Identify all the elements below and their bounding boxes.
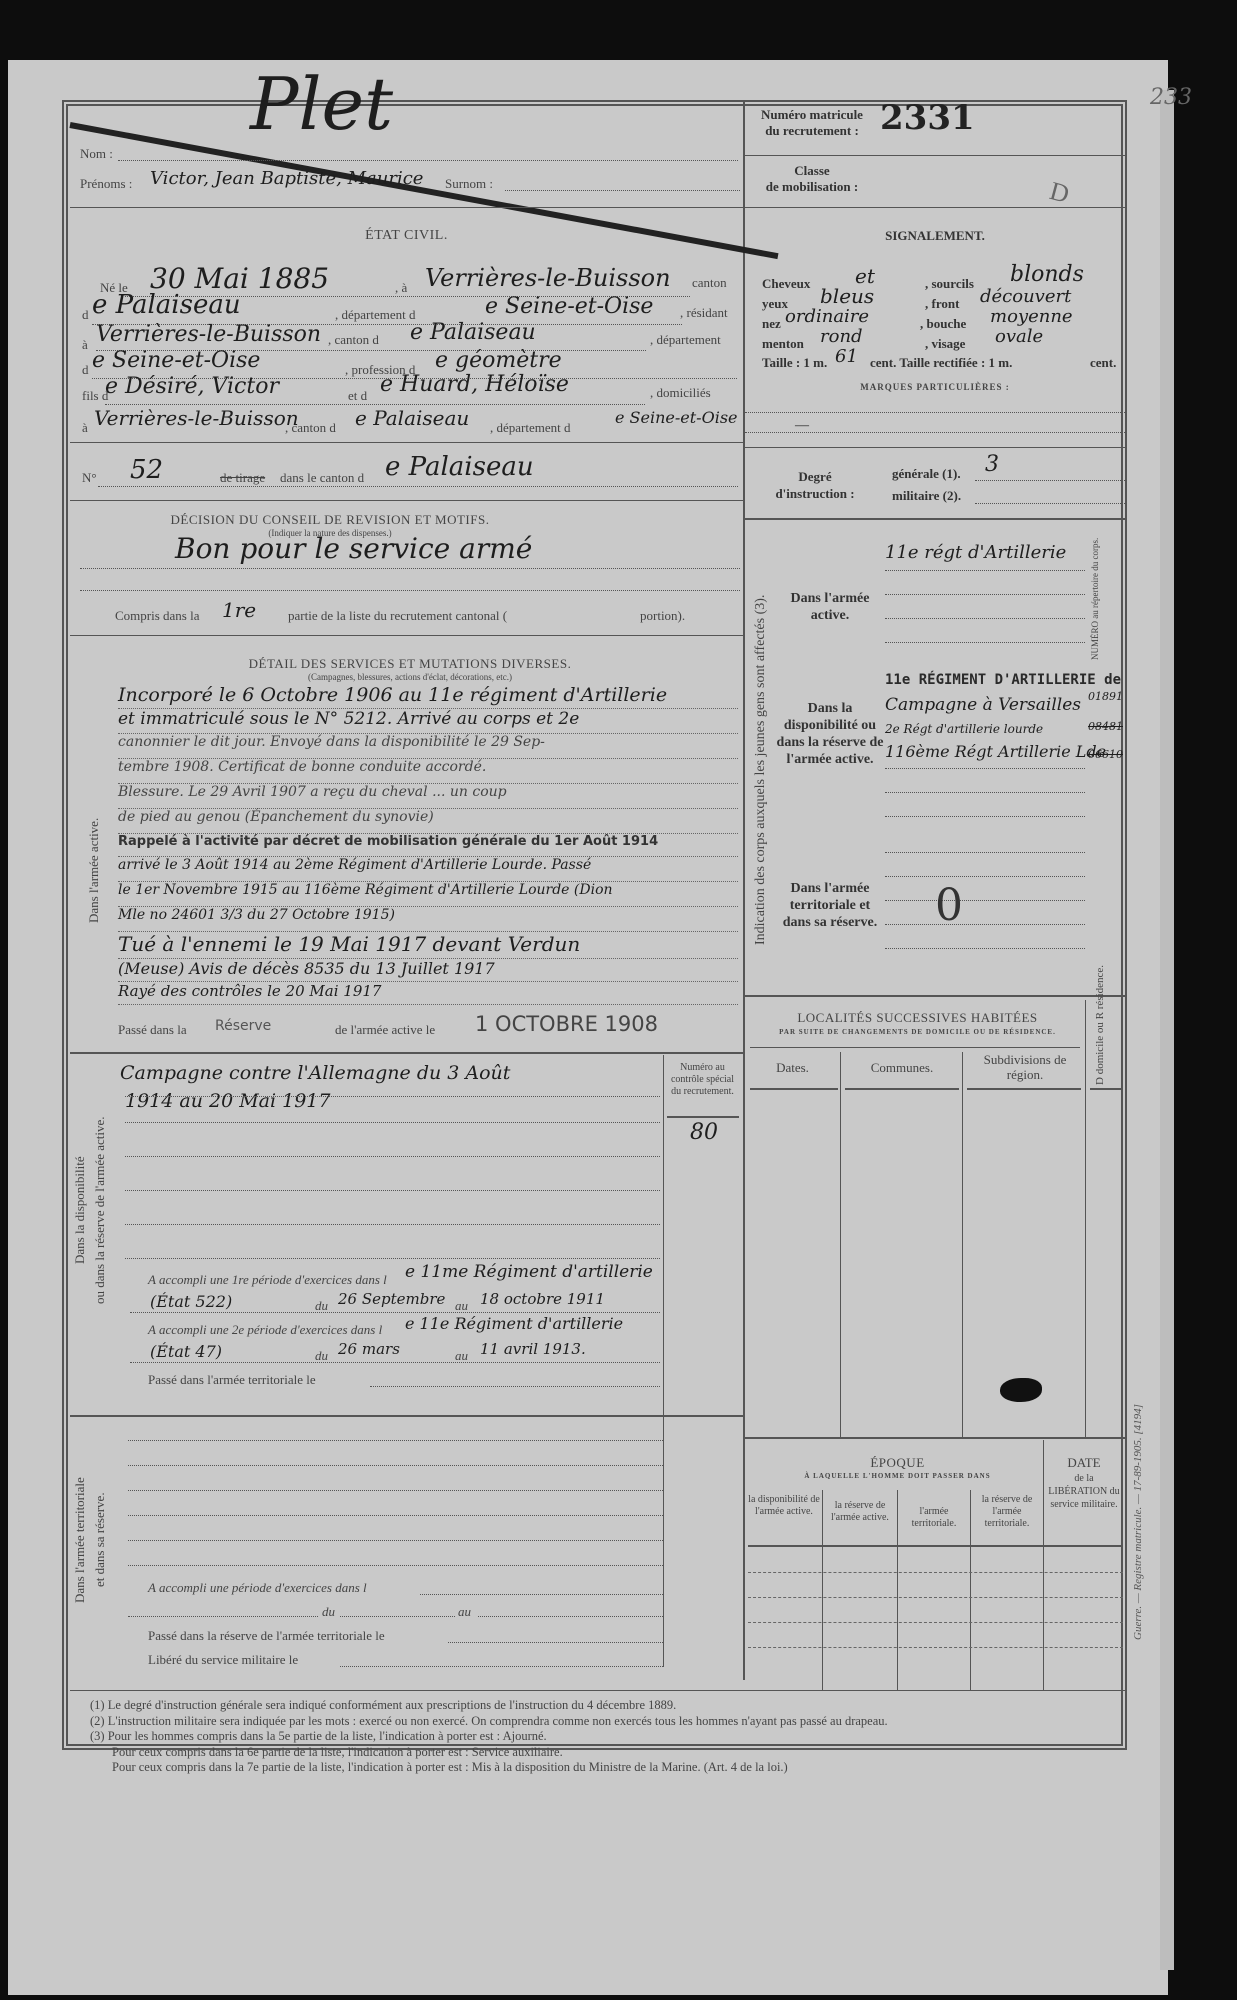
col-subdivisions: Subdivisions de région. <box>975 1052 1075 1082</box>
line <box>885 852 1085 853</box>
column-divider <box>743 100 745 1680</box>
territoriale-side-label-1: Dans l'armée territoriale <box>72 1440 88 1640</box>
service-line: Mle no 24601 3/3 du 27 Octobre 1915) <box>118 907 738 932</box>
service-line: canonnier le dit jour. Envoyé dans la di… <box>118 734 738 759</box>
et-de-label: et d <box>348 388 367 404</box>
visage-value: ovale <box>995 326 1043 347</box>
residence-commune: Verrières-le-Buisson <box>96 322 321 347</box>
marques-title: MARQUES PARTICULIÈRES : <box>745 382 1125 392</box>
divider <box>745 447 1125 448</box>
corps-dispo-stamp: 11e RÉGIMENT D'ARTILLERIE de <box>885 672 1121 688</box>
line <box>105 404 645 405</box>
corps-side-label: Indication des corps auxquels les jeunes… <box>753 560 769 980</box>
portion-label: portion). <box>640 608 685 624</box>
divider <box>822 1490 823 1690</box>
localites-title: LOCALITÉS SUCCESSIVES HABITÉES <box>745 1010 1090 1026</box>
birth-canton: e Palaiseau <box>92 290 241 320</box>
surnom-line <box>505 190 740 191</box>
nom-label: Nom : <box>80 146 113 162</box>
degre-label-2: d'instruction : <box>760 485 870 502</box>
parents-commune: Verrières-le-Buisson <box>94 406 299 430</box>
divider <box>70 635 743 636</box>
nom-value: Plet <box>250 62 393 146</box>
front-label: , front <box>925 296 959 312</box>
corps-number: 06610 <box>1088 748 1123 761</box>
epoque-subtitle: À LAQUELLE L'HOMME DOIT PASSER DANS <box>745 1472 1050 1480</box>
corner-number: 233 <box>1150 85 1192 110</box>
periode1-etat: (État 522) <box>150 1292 232 1311</box>
yeux-value: bleus <box>820 284 874 308</box>
periode1-du: 26 Septembre <box>338 1290 445 1308</box>
residence-departement: e Seine-et-Oise <box>92 348 260 373</box>
periode1-au: 18 octobre 1911 <box>480 1290 605 1308</box>
row-line <box>748 1647 1123 1648</box>
divider <box>70 442 743 443</box>
divider <box>70 1052 743 1054</box>
col-disponibilite: la disponibilité de l'armée active. <box>748 1494 820 1518</box>
bouche-label: , bouche <box>920 316 966 332</box>
col-dates: Dates. <box>745 1060 840 1076</box>
line <box>370 1386 660 1387</box>
line <box>130 1312 660 1313</box>
taille-cent-label: cent. <box>1090 355 1116 371</box>
line <box>98 486 738 487</box>
col-reserve-territoriale: la réserve de l'armée territoriale. <box>972 1494 1042 1530</box>
divider <box>750 1047 1080 1048</box>
corps-active-label: Dans l'armée active. <box>780 590 880 624</box>
corps-number: 01891 <box>1088 690 1123 703</box>
nom-line <box>118 160 738 161</box>
line <box>128 1616 318 1617</box>
prenoms-value: Victor, Jean Baptiste, Maurice <box>150 168 423 189</box>
canton-label: canton <box>692 275 727 291</box>
campagne-line: Campagne contre l'Allemagne du 3 Août <box>120 1062 510 1084</box>
line <box>885 948 1085 949</box>
campagne-line: 1914 au 20 Mai 1917 <box>125 1090 330 1112</box>
line <box>125 1224 660 1225</box>
ink-blot <box>1000 1378 1042 1402</box>
nez-label: nez <box>762 316 781 332</box>
degre-label-1: Degré <box>760 468 870 485</box>
divider <box>745 155 1125 156</box>
service-line: (Meuse) Avis de décès 8535 du 13 Juillet… <box>118 959 738 982</box>
tirage-canton-label: dans le canton d <box>280 470 364 486</box>
classe-label-2: de mobilisation : <box>752 179 872 195</box>
taille-value: 61 <box>835 346 858 367</box>
degre-label: Degré d'instruction : <box>760 468 870 502</box>
dispo-side-label-1: Dans la disponibilité <box>72 1080 88 1340</box>
taille-label: Taille : 1 m. <box>762 355 827 371</box>
dispo-side-label-2: ou dans la réserve de l'armée active. <box>92 1080 108 1340</box>
front-value: découvert <box>980 286 1071 307</box>
terr-au-label: au <box>458 1604 471 1620</box>
menton-value: rond <box>820 326 863 347</box>
service-line: et immatriculé sous le N° 5212. Arrivé a… <box>118 709 738 734</box>
birthplace: Verrières-le-Buisson <box>425 264 671 292</box>
compris-label: Compris dans la <box>115 608 200 624</box>
res-a-label: à <box>82 337 88 353</box>
periode2-du: 26 mars <box>338 1340 400 1358</box>
footnote: Pour ceux compris dans la 7e partie de l… <box>90 1760 1120 1776</box>
divider <box>1090 1088 1123 1090</box>
line <box>745 432 1125 433</box>
liste-partie: 1re <box>222 598 256 622</box>
divider <box>750 1088 838 1090</box>
father-name: e Désiré, Victor <box>105 374 279 399</box>
matricule-label: Numéro matricule du recrutement : <box>752 107 872 139</box>
etat-civil-title: ÉTAT CIVIL. <box>70 228 743 244</box>
corps-dispo-entry: 2e Régt d'artillerie lourde <box>885 722 1043 736</box>
territoriale-mark: 0 <box>935 880 963 931</box>
printer-mark: Guerre. — Registre matricule. — 17-89-19… <box>1132 1140 1144 1640</box>
line <box>125 1258 660 1259</box>
corps-dispo-entry: 116ème Régt Artillerie Lde <box>885 742 1106 761</box>
date-liberation-sub: de la LIBÉRATION du service militaire. <box>1045 1472 1123 1511</box>
profession: e géomètre <box>435 348 562 373</box>
parents-canton: e Palaiseau <box>355 406 469 430</box>
divider <box>70 1415 743 1417</box>
passe-label: Passé dans la <box>118 1022 187 1038</box>
res-departement-label: , département <box>650 332 721 348</box>
service-line: de pied au genou (Épanchement du synovie… <box>118 809 738 834</box>
divider <box>70 1690 1125 1691</box>
service-line: Rayé des contrôles le 20 Mai 1917 <box>118 982 738 1005</box>
birth-departement: e Seine-et-Oise <box>485 294 653 319</box>
divider <box>663 1417 664 1667</box>
classe-label: Classe de mobilisation : <box>752 163 872 195</box>
divider <box>667 1116 739 1118</box>
divider <box>962 1052 963 1437</box>
canton-prefix: d <box>82 307 89 323</box>
departement-label: , département d <box>335 307 416 323</box>
corps-dispo-label: Dans la disponibilité ou dans la réserve… <box>775 700 885 768</box>
periode1-label: A accompli une 1re période d'exercices d… <box>148 1272 387 1288</box>
line <box>128 1515 663 1516</box>
divider <box>1043 1440 1044 1690</box>
cheveux-label: Cheveux <box>762 276 810 292</box>
periode1-unit: e 11me Régiment d'artillerie <box>405 1262 653 1282</box>
line <box>885 924 1085 925</box>
terr-periode-label: A accompli une période d'exercices dans … <box>148 1580 367 1596</box>
services-title: DÉTAIL DES SERVICES ET MUTATIONS DIVERSE… <box>110 656 710 672</box>
line <box>975 480 1125 481</box>
residant-label: , résidant <box>680 305 728 321</box>
territoriale-side-label-2: et dans sa réserve. <box>92 1440 108 1640</box>
line <box>885 816 1085 817</box>
generale-label: générale (1). <box>892 466 961 482</box>
divider <box>970 1490 971 1690</box>
col-domicile-residence: D domicile ou R résidence. <box>1094 1005 1106 1085</box>
menton-label: menton <box>762 336 804 352</box>
numero-controle-value: 80 <box>690 1120 718 1145</box>
services-subtitle: (Campagnes, blessures, actions d'éclat, … <box>110 672 710 682</box>
corps-dispo-entry: Campagne à Versailles <box>885 695 1081 715</box>
service-line: tembre 1908. Certificat de bonne conduit… <box>118 759 738 784</box>
sourcils-value: blonds <box>1010 262 1084 287</box>
divider <box>840 1052 841 1437</box>
row-line <box>748 1597 1123 1598</box>
prenoms-label: Prénoms : <box>80 176 132 192</box>
classe-label-1: Classe <box>752 163 872 179</box>
periode2-unit: e 11e Régiment d'artillerie <box>405 1314 623 1333</box>
numero-controle-label: Numéro au contrôle spécial du recrutemen… <box>665 1062 740 1098</box>
passe-label-2: de l'armée active le <box>335 1022 435 1038</box>
line <box>125 1122 660 1123</box>
dispo-territoriale-label: Passé dans l'armée territoriale le <box>148 1372 316 1388</box>
footnote: Pour ceux compris dans la 6e partie de l… <box>90 1745 1120 1761</box>
tirage-number: 52 <box>130 455 163 485</box>
col-reserve-active: la réserve de l'armée active. <box>824 1500 896 1524</box>
col-communes: Communes. <box>842 1060 962 1076</box>
dom-a-label: à <box>82 420 88 436</box>
divider <box>745 207 1125 208</box>
divider <box>897 1490 898 1690</box>
corps-number: 08481 <box>1088 720 1123 733</box>
line <box>885 900 1085 901</box>
localites-subtitle: PAR SUITE DE CHANGEMENTS DE DOMICILE OU … <box>745 1028 1090 1036</box>
line <box>125 1156 660 1157</box>
footnotes: (1) Le degré d'instruction générale sera… <box>90 1698 1120 1776</box>
generale-value: 3 <box>985 452 999 477</box>
line <box>478 1616 663 1617</box>
periode2-etat: (État 47) <box>150 1342 222 1361</box>
signalement-title: SIGNALEMENT. <box>745 228 1125 244</box>
footnote: (3) Pour les hommes compris dans la 5e p… <box>90 1729 1120 1745</box>
divider <box>745 518 1125 520</box>
footnote: (2) L'instruction militaire sera indiqué… <box>90 1714 1120 1730</box>
militaire-label: militaire (2). <box>892 488 961 504</box>
divider <box>745 1437 1125 1439</box>
terr-reserve-label: Passé dans la réserve de l'armée territo… <box>148 1628 385 1644</box>
terr-du-label: du <box>322 1604 335 1620</box>
numero-label: N° <box>82 470 97 486</box>
line <box>80 590 740 591</box>
mother-name: e Huard, Héloïse <box>380 372 569 397</box>
line <box>130 1362 660 1363</box>
matricule-value: 2331 <box>880 98 975 138</box>
corps-territoriale-label: Dans l'armée territoriale et dans sa rés… <box>780 880 880 931</box>
passe-date: 1 OCTOBRE 1908 <box>475 1012 658 1036</box>
line <box>340 1666 663 1667</box>
dom-departement-label: , département d <box>490 420 571 436</box>
line <box>885 618 1085 619</box>
line <box>128 1540 663 1541</box>
service-line: le 1er Novembre 1915 au 116ème Régiment … <box>118 882 738 907</box>
line <box>80 568 740 569</box>
date-liberation-title: DATE <box>1045 1455 1123 1471</box>
bouche-value: moyenne <box>990 306 1073 327</box>
visage-label: , visage <box>925 336 965 352</box>
divider <box>967 1088 1081 1090</box>
row-line <box>748 1622 1123 1623</box>
line <box>885 594 1085 595</box>
passe-value: Réserve <box>215 1018 271 1034</box>
line <box>885 642 1085 643</box>
service-line: Incorporé le 6 Octobre 1906 au 11e régim… <box>118 684 738 709</box>
line <box>885 876 1085 877</box>
divider <box>745 995 1125 997</box>
corps-active-entry: 11e régt d'Artillerie <box>885 542 1066 563</box>
services-lines: Incorporé le 6 Octobre 1906 au 11e régim… <box>118 684 738 1005</box>
dom-canton-label: , canton d <box>285 420 336 436</box>
service-line: arrivé le 3 Août 1914 au 2ème Régiment d… <box>118 857 738 882</box>
matricule-label-2: du recrutement : <box>752 123 872 139</box>
divider <box>748 1545 1123 1547</box>
taille-rectifiee-label: cent. Taille rectifiée : 1 m. <box>870 355 1012 371</box>
divider <box>70 500 743 501</box>
divider <box>70 207 743 208</box>
libere-label: Libéré du service militaire le <box>148 1652 298 1668</box>
divider <box>845 1088 959 1090</box>
res-dep-prefix: d <box>82 362 89 378</box>
line <box>885 570 1085 571</box>
nez-value: ordinaire <box>785 306 869 327</box>
line <box>128 1465 663 1466</box>
tirage-label: de tirage <box>220 470 265 486</box>
tirage-canton: e Palaiseau <box>385 452 534 482</box>
footnote: (1) Le degré d'instruction générale sera… <box>90 1698 1120 1714</box>
line <box>448 1642 663 1643</box>
line <box>885 792 1085 793</box>
row-line <box>748 1572 1123 1573</box>
conseil-title: DÉCISION DU CONSEIL DE REVISION ET MOTIF… <box>70 512 590 528</box>
services-side-label: Dans l'armée active. <box>86 700 102 1040</box>
line <box>125 1190 660 1191</box>
domicilies-label: , domiciliés <box>650 385 711 401</box>
res-canton-label: , canton d <box>328 332 379 348</box>
service-line-stamp: Rappelé à l'activité par décret de mobil… <box>118 834 738 857</box>
parents-departement: e Seine-et-Oise <box>615 408 738 427</box>
periode2-au: 11 avril 1913. <box>480 1340 586 1358</box>
line <box>128 1565 663 1566</box>
residence-canton: e Palaiseau <box>410 320 536 345</box>
a-label: , à <box>395 280 407 296</box>
line <box>975 503 1125 504</box>
divider <box>663 1055 664 1415</box>
service-line-death: Tué à l'ennemi le 19 Mai 1917 devant Ver… <box>118 932 738 959</box>
line <box>885 768 1085 769</box>
service-line: Blessure. Le 29 Avril 1907 a reçu du che… <box>118 784 738 809</box>
line <box>745 412 1125 413</box>
line <box>420 1594 663 1595</box>
epoque-title: ÉPOQUE <box>745 1455 1050 1471</box>
divider <box>1085 1000 1086 1437</box>
matricule-label-1: Numéro matricule <box>752 107 872 123</box>
line <box>125 1096 660 1097</box>
col-territoriale: l'armée territoriale. <box>899 1506 969 1530</box>
sourcils-label: , sourcils <box>925 276 974 292</box>
periode2-label: A accompli une 2e période d'exercices da… <box>148 1322 382 1338</box>
line <box>128 1440 663 1441</box>
page-edge <box>1160 90 1174 1970</box>
surnom-label: Surnom : <box>445 176 493 192</box>
line <box>340 1616 455 1617</box>
numero-repertoire-label: NUMÉRO au répertoire du corps. <box>1090 540 1100 660</box>
partie-label: partie de la liste du recrutement canton… <box>288 608 507 624</box>
line <box>128 1490 663 1491</box>
conseil-decision: Bon pour le service armé <box>175 532 532 565</box>
